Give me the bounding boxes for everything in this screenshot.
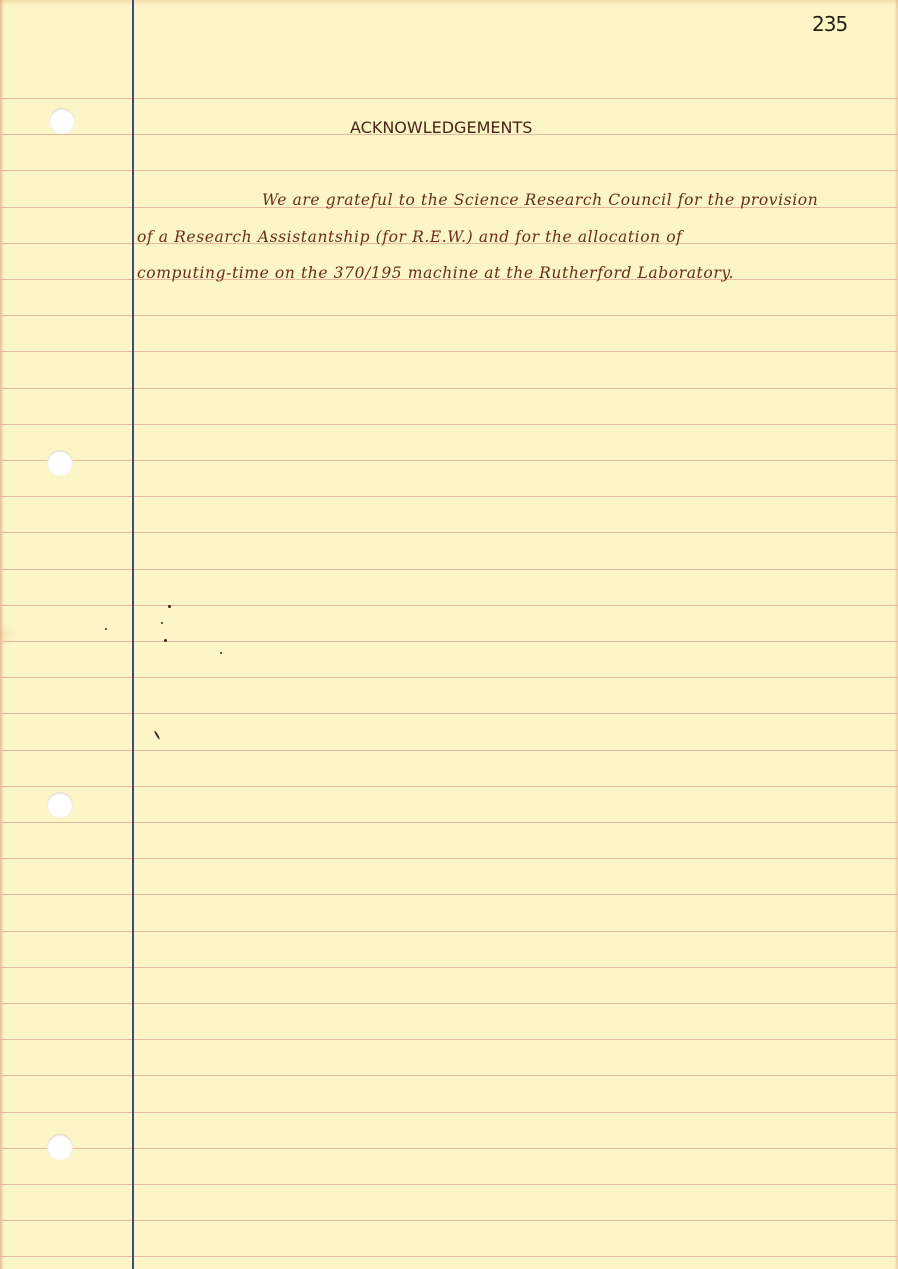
- ruled-line: [0, 460, 898, 461]
- ruled-line: [0, 388, 898, 389]
- ruled-line: [0, 858, 898, 859]
- ink-speck: [161, 622, 163, 624]
- ruled-line: [0, 1039, 898, 1040]
- ruled-line: [0, 677, 898, 678]
- paragraph-line-2: of a Research Assistantship (for R.E.W.)…: [137, 228, 683, 246]
- ruled-line: [0, 569, 898, 570]
- ruled-line: [0, 1220, 898, 1221]
- ruled-line: [0, 605, 898, 606]
- punch-hole: [47, 1134, 73, 1160]
- ink-speck: [220, 652, 222, 654]
- ruled-line: [0, 1003, 898, 1004]
- ruled-line: [0, 532, 898, 533]
- ruled-line: [0, 1112, 898, 1113]
- ruled-line: [0, 641, 898, 642]
- page-edge-left: [0, 0, 4, 1269]
- ruled-line: [0, 1256, 898, 1257]
- ruled-line: [0, 894, 898, 895]
- page-edge-right: [894, 0, 898, 1269]
- punch-hole: [49, 108, 75, 134]
- ink-speck: [154, 730, 161, 740]
- page-number: 235: [812, 12, 847, 36]
- ink-speck: [168, 605, 171, 608]
- ruled-line: [0, 496, 898, 497]
- ruled-line: [0, 351, 898, 352]
- ruled-line: [0, 822, 898, 823]
- ruled-line: [0, 1148, 898, 1149]
- ruled-line: [0, 170, 898, 171]
- ruled-line: [0, 315, 898, 316]
- punch-hole: [47, 792, 73, 818]
- paragraph-line-1: We are grateful to the Science Research …: [262, 191, 818, 209]
- page-title: ACKNOWLEDGEMENTS: [350, 118, 532, 137]
- ruled-line: [0, 786, 898, 787]
- ruled-line: [0, 424, 898, 425]
- ruled-line: [0, 1184, 898, 1185]
- ruled-line: [0, 713, 898, 714]
- punch-hole: [47, 450, 73, 476]
- paragraph-line-3: computing-time on the 370/195 machine at…: [137, 264, 734, 282]
- ruled-line: [0, 931, 898, 932]
- ink-speck: [164, 639, 167, 642]
- margin-line: [132, 0, 134, 1269]
- notebook-page: 235 ACKNOWLEDGEMENTS We are grateful to …: [0, 0, 898, 1269]
- ruled-line: [0, 750, 898, 751]
- ruled-line: [0, 967, 898, 968]
- ruled-line: [0, 98, 898, 99]
- ruled-line: [0, 1075, 898, 1076]
- ink-speck: [105, 628, 107, 630]
